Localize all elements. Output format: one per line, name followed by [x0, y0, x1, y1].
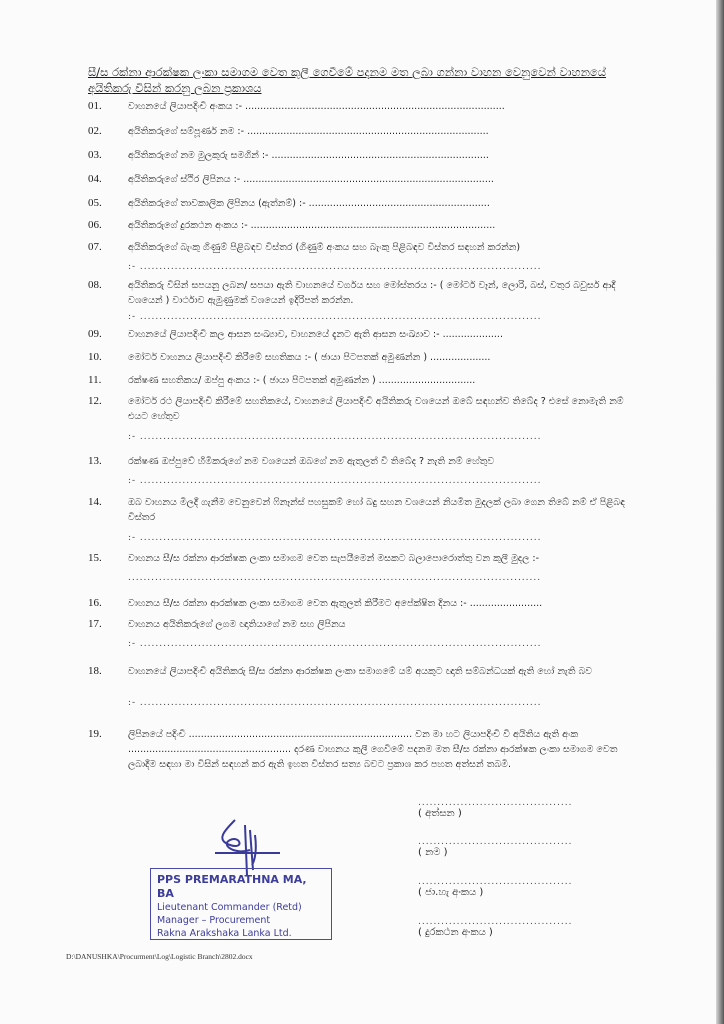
item-number: 05. [88, 196, 102, 211]
stamp-name: PPS PREMARATHNA MA, BA [157, 873, 325, 901]
item-number: 10. [88, 350, 102, 365]
answer-field[interactable]: :- .....................................… [128, 430, 608, 445]
item-question: රක්ෂණ ඔප්පුවේ හිමිකරුගේ නම වශයෙන් ඔබගේ න… [128, 454, 638, 469]
item-number: 02. [88, 124, 102, 139]
item-question: වාහනයේ ලියාපදිංචි කල ආසන සංඛ්‍යාව, වාහනය… [128, 327, 638, 342]
signature-field[interactable]: ........................................… [418, 798, 572, 819]
name-field[interactable]: ........................................… [418, 837, 572, 858]
document-page: සී/ස රක්නා ආරක්ෂක ලංකා සමාගම වෙත කුලී ගෙ… [0, 0, 716, 1024]
item-number: 06. [88, 218, 102, 233]
item-question: මෝටර් රථ ලියාපදිංචි කිරීමේ සහතිකයේ, වාහන… [128, 394, 638, 424]
answer-field[interactable]: :- .....................................… [128, 474, 608, 489]
item-number: 09. [88, 327, 102, 342]
answer-field[interactable]: :- .....................................… [128, 260, 608, 275]
document-title: සී/ස රක්නා ආරක්ෂක ලංකා සමාගම වෙත කුලී ගෙ… [88, 64, 648, 96]
nic-label: ( ජා.හැ අංකය ) [418, 887, 572, 898]
item-question: වාහනය සී/ස රක්නා ආරක්ෂක ලංකා සමාගම වෙත ස… [128, 551, 638, 566]
stamp-rank: Lieutenant Commander (Retd) [157, 901, 325, 914]
item-number: 19. [88, 727, 102, 742]
item-question: වාහනය සී/ස රක්නා ආරක්ෂක ලංකා සමාගම වෙත ඇ… [128, 596, 638, 611]
name-label: ( නම ) [418, 847, 572, 858]
signature-label: ( අත්සන ) [418, 808, 572, 819]
item-number: 17. [88, 617, 102, 632]
item-question: ලිපිනයේ පදිංචි .........................… [128, 727, 638, 772]
item-number: 16. [88, 596, 102, 611]
item-number: 04. [88, 172, 102, 187]
item-question: අයිතිකරුගේ දුරකථන අංකය :- ..............… [128, 218, 638, 233]
answer-field[interactable]: :- .....................................… [128, 696, 608, 711]
item-question: අයිතිකරු විසින් සපයනු ලබන/ සපයා ඇති වාහන… [128, 278, 638, 308]
item-question: රක්ෂණ සහතිකය/ ඔප්පු අංකය :- ( ඡායා පිටපත… [128, 373, 638, 388]
answer-field[interactable]: :- .....................................… [128, 310, 608, 325]
item-number: 11. [88, 373, 101, 388]
item-number: 03. [88, 148, 102, 163]
scan-edge [716, 0, 724, 1024]
item-question: අයිතිකරුගේ නම මුලකුරු සමගින් :- ........… [128, 148, 638, 163]
item-question: වාහනයේ ලියාපදිංචි අයිතිකරු සී/ස රක්නා ආර… [128, 664, 638, 679]
item-question: ඔබ වාහනය මිලදී ගැනීම වෙනුවෙන් ෆිනෑන්ස් ප… [128, 495, 638, 525]
stamp-position: Manager – Procurement [157, 914, 325, 927]
item-question: අයිතිකරුගේ බැංකු ගිණුම් පිළිබඳව විස්තර (… [128, 240, 638, 255]
item-number: 13. [88, 454, 102, 469]
item-number: 14. [88, 495, 102, 510]
item-question: අයිතිකරුගේ තාවකාලික ලිපිනය (ඇත්නම්) :- .… [128, 196, 638, 211]
item-question: වාහනය අයිතිකරුගේ ලගම ඥාතියාගේ නම සහ ලිපි… [128, 617, 638, 632]
phone-field[interactable]: ........................................… [418, 917, 572, 938]
file-path-footer: D:\DANUSHKA\Procurment\Log\Logistic Bran… [66, 952, 253, 961]
official-stamp: PPS PREMARATHNA MA, BA Lieutenant Comman… [150, 868, 332, 940]
phone-label: ( දුරකථන අංකය ) [418, 927, 572, 938]
item-question: අයිතිකරුගේ ස්ථිර ලිපිනය :- .............… [128, 172, 638, 187]
item-question: අයිතිකරුගේ සම්පූර්ණ නම :- ..............… [128, 124, 638, 139]
item-number: 12. [88, 394, 102, 409]
answer-field[interactable]: :- .....................................… [128, 637, 608, 652]
item-number: 15. [88, 551, 102, 566]
item-number: 08. [88, 278, 102, 293]
item-number: 01. [88, 99, 102, 114]
answer-field[interactable]: :- .....................................… [128, 531, 608, 546]
item-question: මෝටර් වාහනය ලියාපදිංචි කිරීමේ සහතිකය :- … [128, 350, 638, 365]
answer-field[interactable]: ........................................… [128, 571, 608, 586]
stamp-company: Rakna Arakshaka Lanka Ltd. [157, 927, 325, 940]
nic-field[interactable]: ........................................… [418, 877, 572, 898]
item-question: වාහනයේ ලියාපදිංචි අංකය :- ..............… [128, 99, 638, 114]
item-number: 07. [88, 240, 102, 255]
item-number: 18. [88, 664, 102, 679]
